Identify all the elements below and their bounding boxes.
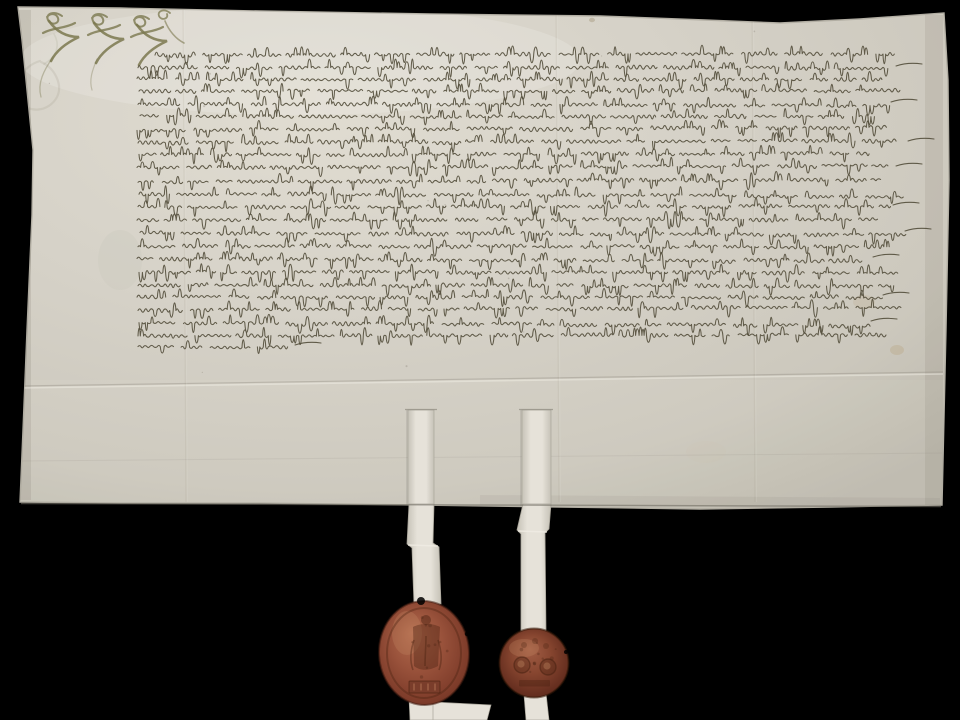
ribbon-over-strip (522, 410, 551, 506)
plica-band (18, 380, 950, 506)
seal-inscription-band (519, 680, 550, 687)
seal-relief-bump (532, 638, 538, 644)
stain (98, 230, 142, 290)
wax-right-round-seal (500, 629, 569, 698)
stain (890, 345, 904, 355)
seal-edge-chip (564, 650, 568, 654)
seal-edge-chip (465, 632, 469, 636)
speck (612, 221, 614, 223)
stain (284, 85, 316, 105)
ribbon-kink-crease (518, 531, 547, 532)
stain (686, 441, 726, 463)
speck (202, 372, 203, 373)
seal-texture-speck (537, 653, 540, 656)
speck (444, 204, 445, 205)
seal-edge-chip (417, 597, 425, 605)
seal-ribbon-right-upper (519, 410, 553, 507)
seal-boss-highlight (543, 662, 550, 669)
stain (510, 102, 570, 138)
speck (406, 365, 408, 367)
charter-photograph (0, 0, 960, 720)
seal-relief-bump (521, 642, 527, 648)
seal-texture-speck (446, 650, 449, 653)
seal-boss-highlight (517, 660, 524, 667)
ribbon-kink-crease (408, 545, 438, 546)
photograph-stage (0, 0, 960, 720)
speck (49, 83, 50, 84)
ribbon-tail (433, 702, 491, 720)
seal-relief-bump (543, 643, 549, 649)
seal-figure-body (413, 624, 440, 670)
speck (601, 55, 602, 56)
seal-texture-speck (542, 657, 544, 659)
seal-texture-speck (520, 648, 524, 652)
speck (203, 105, 205, 107)
stain (589, 18, 595, 22)
seal-figure-head (421, 615, 431, 625)
speck (427, 200, 428, 201)
speck (508, 277, 510, 279)
seal-ribbon-left-upper (405, 410, 437, 507)
seal-texture-speck (533, 661, 537, 665)
seal-figure-fold (425, 636, 426, 666)
speck (209, 73, 211, 75)
ribbon-over-strip (408, 410, 434, 506)
seal-texture-speck (555, 648, 557, 650)
speck (523, 331, 524, 332)
seal-texture-speck (529, 671, 531, 673)
seal-texture-speck (420, 675, 423, 678)
